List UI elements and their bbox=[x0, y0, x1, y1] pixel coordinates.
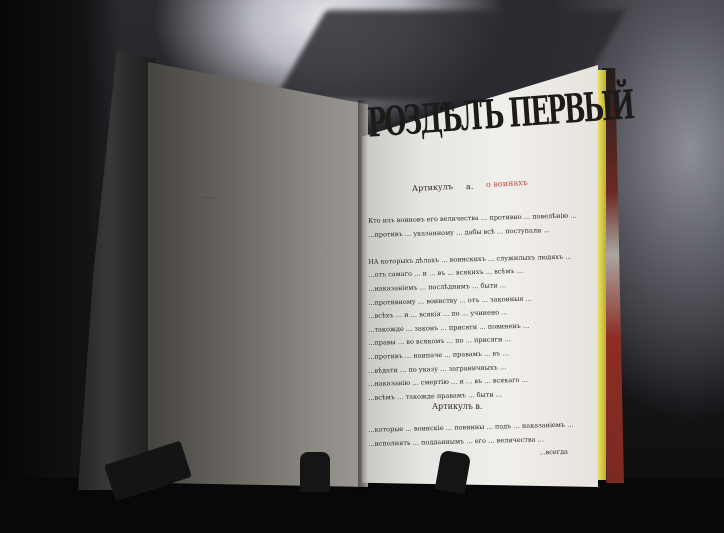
museum-display-photo: …… РОЗДѢЛЪ ПЕРВЫЙ Артикулъ а. о воинахъ … bbox=[0, 0, 724, 533]
left-page bbox=[148, 62, 368, 487]
text-line: …всегда bbox=[368, 450, 588, 464]
article-number: а. bbox=[466, 182, 474, 191]
left-page-note: …… bbox=[202, 192, 216, 200]
article-2-heading: Артикулъ в. bbox=[432, 402, 482, 411]
manuscript-text-block-2: …которые … воинскіе … повинны … подъ … н… bbox=[368, 423, 588, 464]
book-gutter-shadow bbox=[358, 100, 368, 490]
manuscript-text-block: Кто изъ воиновъ его величества … противн… bbox=[368, 214, 588, 404]
text-line: …противъ … указанному … дабы всѣ … посту… bbox=[368, 228, 588, 242]
book-stand-clip-middle bbox=[300, 452, 330, 492]
